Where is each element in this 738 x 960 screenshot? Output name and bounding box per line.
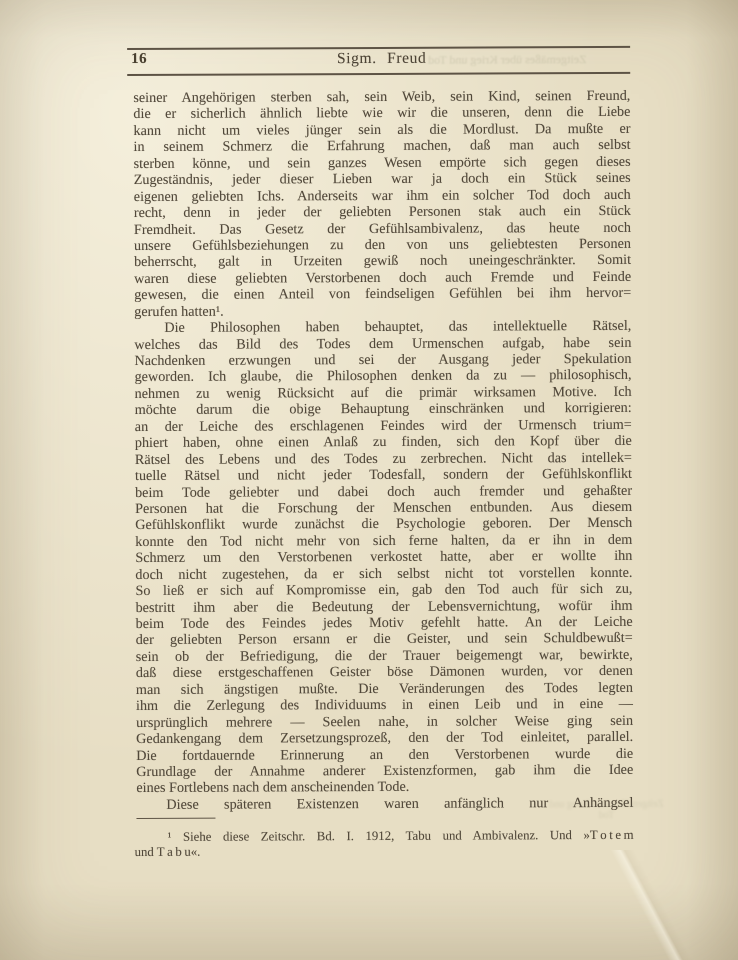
text-line: phiert haben, ohne einen Anlaß zu finden… xyxy=(135,433,632,452)
text-line: geworden. Ich glaube, die Philosophen de… xyxy=(135,367,632,386)
text-line: Fremdheit. Das Gesetz der Gefühlsambival… xyxy=(134,219,631,238)
text-line: daß diese erstgeschaffenen Geister böse … xyxy=(136,663,633,682)
text-line: Gedankengang dem Zersetzungsprozeß, den … xyxy=(136,729,633,748)
text-line: ¹ Siehe diese Zeitschr. Bd. I. 1912, Tab… xyxy=(135,828,634,845)
text-line: die er sicherlich ähnlich liebte wie wir… xyxy=(133,104,630,123)
text-line: tuelle Rätsel und nicht jeder Todesfall,… xyxy=(135,466,632,485)
text-line: gewesen, die einen Anteil von feindselig… xyxy=(134,285,631,304)
text-line: beim Tode geliebter und dabei doch auch … xyxy=(135,482,632,501)
text-line: der geliebten Person ersann er die Geist… xyxy=(136,630,633,649)
reverse-page-bleedthrough-smudge: Zeitgemäßes über Krieg und Tod xyxy=(546,799,666,822)
footnote-block: ¹ Siehe diese Zeitschr. Bd. I. 1912, Tab… xyxy=(135,828,634,860)
footnote-separator-rule xyxy=(136,818,215,820)
text-line: Grundlage der Annahme anderer Existenzfo… xyxy=(136,762,633,781)
text-line: und T a b u«. xyxy=(135,843,634,860)
text-line: Die Philosophen haben behauptet, das int… xyxy=(134,318,631,337)
running-head: Sigm. Freud xyxy=(133,49,630,69)
text-line: beherrscht, galt in Urzeiten gewiß noch … xyxy=(134,252,631,271)
book-page-scan: Zeitgemäßes über Krieg und Tod 16 Sigm. … xyxy=(0,0,738,960)
header-rule-bottom xyxy=(127,72,630,76)
text-line: Gefühlskonflikt wurde zunächst die Psych… xyxy=(135,515,632,534)
text-line: recht, denn in jeder der geliebten Perso… xyxy=(134,203,631,222)
text-line: in seinem Schmerz die Erfahrung machen, … xyxy=(134,137,631,156)
body-text-block: seiner Angehörigen sterben sah, sein Wei… xyxy=(133,88,633,813)
scan-content: Zeitgemäßes über Krieg und Tod 16 Sigm. … xyxy=(0,0,738,960)
text-line: möchte darum die obige Behauptung einsch… xyxy=(135,400,632,419)
text-line: Schmerz um den Verstorbenen verkostet ha… xyxy=(135,548,632,567)
text-line: So ließ er sich auf Kompromisse ein, gab… xyxy=(135,581,632,600)
text-line: Zugeständnis, jeder dieser Lieben war ja… xyxy=(134,170,631,189)
text-line: ihm die Zerlegung des Individuums in ein… xyxy=(136,696,633,715)
